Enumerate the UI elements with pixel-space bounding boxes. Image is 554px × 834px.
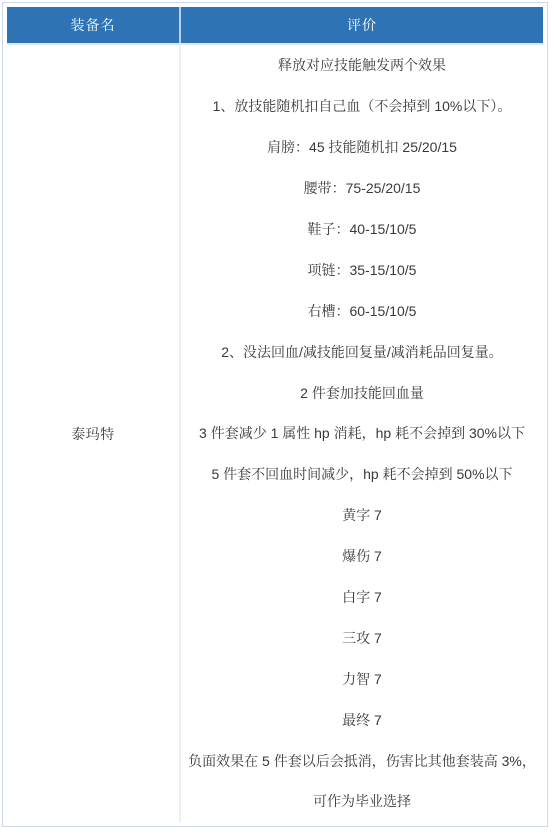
evaluation-line: 3 件套减少 1 属性 hp 消耗，hp 耗不会掉到 30%以下 — [181, 413, 543, 454]
column-header-equipment-name: 装备名 — [7, 7, 179, 43]
evaluation-line: 右槽：60-15/10/5 — [181, 290, 543, 331]
column-header-equipment-name-label: 装备名 — [71, 15, 116, 35]
equipment-table: 装备名 评价 泰玛特 释放对应技能触发两个效果1、放技能随机扣自己血（不会掉到 … — [2, 2, 548, 827]
evaluation-line: 可作为毕业选择 — [181, 781, 543, 822]
column-header-evaluation-label: 评价 — [347, 15, 377, 35]
evaluation-line: 鞋子：40-15/10/5 — [181, 209, 543, 250]
evaluation-line: 5 件套不回血时间减少，hp 耗不会掉到 50%以下 — [181, 454, 543, 495]
evaluation-cell: 释放对应技能触发两个效果1、放技能随机扣自己血（不会掉到 10%以下）。肩膀：4… — [181, 45, 543, 822]
evaluation-line: 黄字 7 — [181, 495, 543, 536]
evaluation-line: 项链：35-15/10/5 — [181, 249, 543, 290]
evaluation-line: 肩膀：45 技能随机扣 25/20/15 — [181, 127, 543, 168]
column-header-evaluation: 评价 — [181, 7, 543, 43]
evaluation-line: 腰带：75-25/20/15 — [181, 168, 543, 209]
equipment-name-text: 泰玛特 — [71, 424, 115, 444]
evaluation-line: 释放对应技能触发两个效果 — [181, 45, 543, 86]
equipment-table-grid: 装备名 评价 泰玛特 释放对应技能触发两个效果1、放技能随机扣自己血（不会掉到 … — [7, 7, 543, 822]
evaluation-line: 最终 7 — [181, 699, 543, 740]
equipment-name-cell: 泰玛特 — [7, 45, 179, 822]
evaluation-line: 三攻 7 — [181, 617, 543, 658]
page: 装备名 评价 泰玛特 释放对应技能触发两个效果1、放技能随机扣自己血（不会掉到 … — [0, 0, 554, 834]
evaluation-line: 负面效果在 5 件套以后会抵消，伤害比其他套装高 3%， — [181, 740, 543, 781]
evaluation-line: 1、放技能随机扣自己血（不会掉到 10%以下）。 — [181, 86, 543, 127]
evaluation-line: 白字 7 — [181, 577, 543, 618]
evaluation-line: 2、没法回血/减技能回复量/减消耗品回复量。 — [181, 331, 543, 372]
evaluation-line: 2 件套加技能回血量 — [181, 372, 543, 413]
evaluation-line: 爆伤 7 — [181, 536, 543, 577]
evaluation-line: 力智 7 — [181, 658, 543, 699]
